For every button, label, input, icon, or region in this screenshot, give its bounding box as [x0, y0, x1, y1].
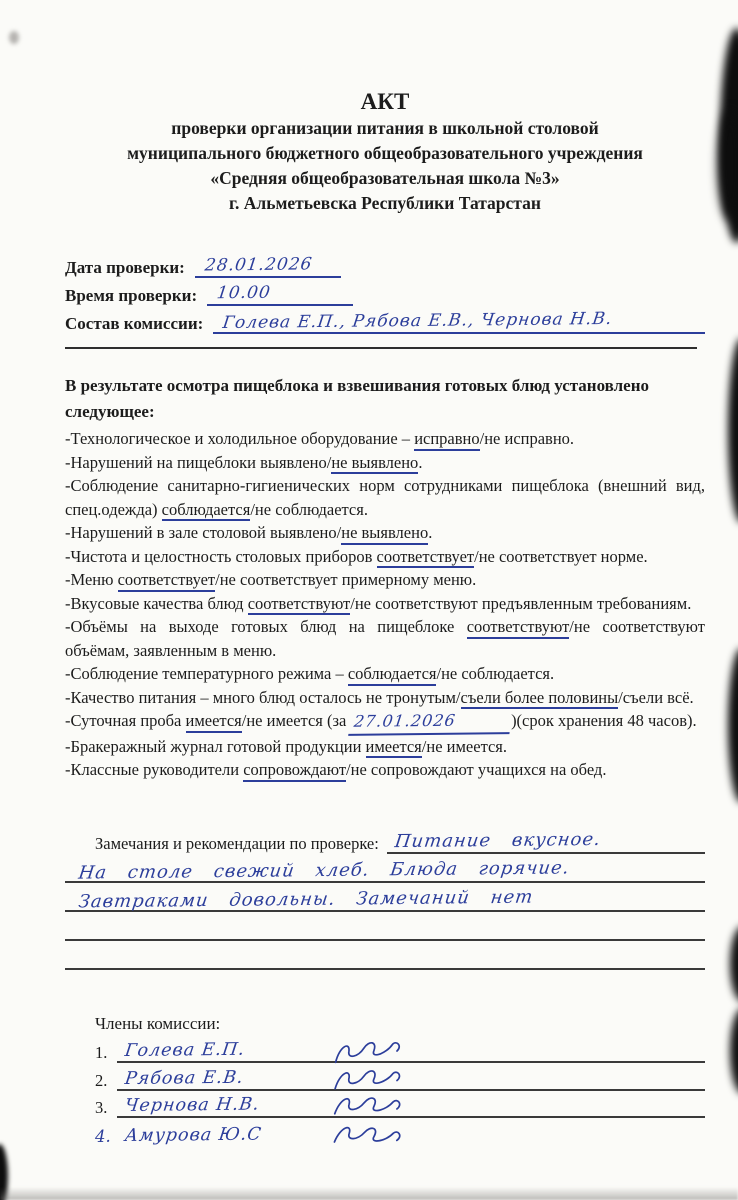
remarks-handwritten-line-1: Питание вкусное. — [393, 828, 602, 851]
member-name: Амурова Ю.С — [124, 1124, 317, 1146]
pen-underlined-choice: не выявлено — [331, 453, 418, 475]
member-number: 3. — [95, 1098, 117, 1118]
time-row: Время проверки: 10.00 — [65, 278, 705, 306]
finding-text: /не соответствует примерному меню. — [215, 570, 476, 589]
finding-text: -Нарушений на пищеблоки выявлено/ — [65, 453, 331, 472]
time-label: Время проверки: — [65, 286, 197, 306]
handwritten-date-inline: 27.01.2026 — [349, 708, 513, 735]
finding-text: -Меню — [65, 570, 118, 589]
remarks-lines: На столе свежий хлеб. Блюда горячие.Завт… — [65, 854, 705, 970]
finding-text: -Соблюдение санитарно-гигиенических норм… — [65, 476, 705, 519]
subtitle-line-1: проверки организации питания в школьной … — [65, 116, 705, 141]
meta-block: Дата проверки: 28.01.2026 Время проверки… — [65, 250, 705, 349]
document-content: АКТ проверки организации питания в школь… — [65, 0, 705, 1146]
scan-edge-blob-4 — [730, 926, 738, 1002]
scan-edge-blob-5 — [730, 1008, 738, 1094]
finding-item: -Суточная проба имеется/не имеется (за 2… — [65, 709, 705, 735]
members-block: Члены комиссии: 1.Голева Е.П.2.Рябова Е.… — [65, 1012, 705, 1146]
scan-smudge-top-left — [9, 31, 19, 44]
finding-text: )(срок хранения 48 часов). — [511, 711, 697, 730]
remarks-handwritten-text: Завтраками довольны. Замечаний нет — [77, 886, 534, 912]
member-row: 2.Рябова Е.В. — [95, 1063, 705, 1091]
scanned-document-page: АКТ проверки организации питания в школь… — [0, 0, 738, 1200]
finding-item: -Качество питания – много блюд осталось … — [65, 686, 705, 710]
finding-text: -Бракеражный журнал готовой продукции — [65, 737, 366, 756]
finding-text: /не исправно. — [480, 429, 574, 448]
signature-icon — [333, 1068, 405, 1092]
subtitle-line-2: муниципального бюджетного общеобразовате… — [65, 141, 705, 166]
commission-label: Состав комиссии: — [65, 314, 203, 334]
signature-icon — [333, 1095, 405, 1119]
horizontal-rule — [65, 347, 697, 349]
finding-item: -Вкусовые качества блюд соответствуют/не… — [65, 592, 705, 616]
finding-text: -Классные руководители — [65, 760, 243, 779]
signature-icon — [333, 1040, 405, 1064]
member-name: Чернова Н.В. — [124, 1094, 317, 1116]
finding-text: /съели всё. — [618, 688, 693, 707]
pen-underlined-choice: имеется — [186, 711, 242, 733]
finding-text: /не сопровождают учащихся на обед. — [346, 760, 606, 779]
date-row: Дата проверки: 28.01.2026 — [65, 250, 705, 278]
date-handwritten-value: 28.01.2026 — [203, 254, 313, 275]
finding-item: -Меню соответствует/не соответствует при… — [65, 568, 705, 592]
member-number: 4. — [95, 1127, 117, 1146]
finding-text: -Соблюдение температурного режима – — [65, 664, 348, 683]
document-title: АКТ — [65, 88, 705, 116]
scan-edge-blob-2 — [728, 338, 738, 523]
finding-text: -Вкусовые качества блюд — [65, 594, 248, 613]
pen-underlined-choice: соблюдается — [348, 664, 437, 686]
remarks-ruled-line — [65, 912, 705, 941]
pen-underlined-choice: соответствуют — [467, 617, 570, 639]
finding-item: -Классные руководители сопровождают/не с… — [65, 758, 705, 782]
member-row: 1.Голева Е.П. — [95, 1036, 705, 1064]
finding-text: -Чистота и целостность столовых приборов — [65, 547, 377, 566]
finding-text: -Суточная проба — [65, 711, 186, 730]
finding-item: -Бракеражный журнал готовой продукции им… — [65, 735, 705, 759]
remarks-label-row: Замечания и рекомендации по проверке: Пи… — [65, 826, 705, 854]
finding-item: -Нарушений в зале столовой выявлено/не в… — [65, 521, 705, 545]
finding-item: -Чистота и целостность столовых приборов… — [65, 545, 705, 569]
pen-underlined-choice: сопровождают — [243, 760, 346, 782]
member-number: 1. — [95, 1043, 117, 1063]
finding-text: -Качество питания – много блюд осталось … — [65, 688, 461, 707]
scan-edge-blob-1b — [718, 110, 738, 220]
finding-text: . — [428, 523, 432, 542]
finding-text: /не имеется (за — [242, 711, 351, 730]
finding-text: /не соответствуют предъявленным требован… — [350, 594, 691, 613]
finding-item: -Объёмы на выходе готовых блюд на пищебл… — [65, 615, 705, 662]
member-row: 3.Чернова Н.В. — [95, 1091, 705, 1119]
pen-underlined-choice: соответствуют — [248, 594, 351, 616]
member-name: Голева Е.П. — [124, 1039, 317, 1061]
members-rows: 1.Голева Е.П.2.Рябова Е.В.3.Чернова Н.В.… — [95, 1036, 705, 1146]
commission-row: Состав комиссии: Голева Е.П., Рябова Е.В… — [65, 306, 705, 334]
subtitle-line-3: «Средняя общеобразовательная школа №3» — [65, 166, 705, 191]
members-label: Члены комиссии: — [95, 1012, 705, 1036]
finding-text: -Технологическое и холодильное оборудова… — [65, 429, 414, 448]
member-signature-line: Чернова Н.В. — [117, 1095, 705, 1118]
remarks-ruled-line — [65, 941, 705, 970]
finding-text: . — [418, 453, 422, 472]
pen-underlined-choice: исправно — [414, 429, 479, 451]
finding-text: -Объёмы на выходе готовых блюд на пищебл… — [65, 617, 467, 636]
remarks-ruled-line: Завтраками довольны. Замечаний нет — [65, 883, 705, 912]
member-signature-line: Рябова Е.В. — [117, 1068, 705, 1091]
remarks-ruled-line: На столе свежий хлеб. Блюда горячие. — [65, 854, 705, 883]
member-name: Рябова Е.В. — [124, 1067, 317, 1089]
pen-underlined-choice: имеется — [366, 737, 422, 759]
finding-text: /не соблюдается. — [250, 500, 368, 519]
pen-underlined-choice: соответствует — [118, 570, 216, 592]
finding-text: /не соответствует норме. — [474, 547, 648, 566]
findings-heading: В результате осмотра пищеблока и взвешив… — [65, 373, 705, 425]
finding-text: /не соблюдается. — [436, 664, 554, 683]
scan-shadow-bottom — [0, 1187, 738, 1200]
pen-underlined-choice: соответствует — [377, 547, 475, 569]
pen-underlined-choice: съели более половины — [461, 688, 619, 710]
finding-item: -Технологическое и холодильное оборудова… — [65, 427, 705, 451]
finding-item: -Соблюдение температурного режима – собл… — [65, 662, 705, 686]
member-signature-line: Голева Е.П. — [117, 1040, 705, 1063]
member-number: 2. — [95, 1071, 117, 1091]
pen-underlined-choice: не выявлено — [341, 523, 428, 545]
subtitle-line-4: г. Альметьевска Республики Татарстан — [65, 191, 705, 216]
time-handwritten-value: 10.00 — [216, 283, 272, 304]
remarks-label: Замечания и рекомендации по проверке: — [95, 834, 379, 854]
member-row: 4.Амурова Ю.С — [95, 1118, 705, 1146]
remarks-block: Замечания и рекомендации по проверке: Пи… — [65, 826, 705, 970]
member-signature-line: Амурова Ю.С — [117, 1125, 705, 1146]
commission-handwritten-value: Голева Е.П., Рябова Е.В., Чернова Н.В. — [222, 309, 614, 333]
title-block: АКТ проверки организации питания в школь… — [65, 88, 705, 216]
finding-text: /не имеется. — [422, 737, 507, 756]
finding-text: -Нарушений в зале столовой выявлено/ — [65, 523, 341, 542]
date-label: Дата проверки: — [65, 258, 185, 278]
finding-item: -Соблюдение санитарно-гигиенических норм… — [65, 474, 705, 521]
scan-edge-blob-3 — [728, 648, 738, 803]
findings-list: -Технологическое и холодильное оборудова… — [65, 427, 705, 782]
pen-underlined-choice: соблюдается — [162, 500, 251, 522]
finding-item: -Нарушений на пищеблоки выявлено/не выяв… — [65, 451, 705, 475]
remarks-handwritten-text: На столе свежий хлеб. Блюда горячие. — [77, 857, 571, 883]
signature-icon — [333, 1125, 405, 1149]
